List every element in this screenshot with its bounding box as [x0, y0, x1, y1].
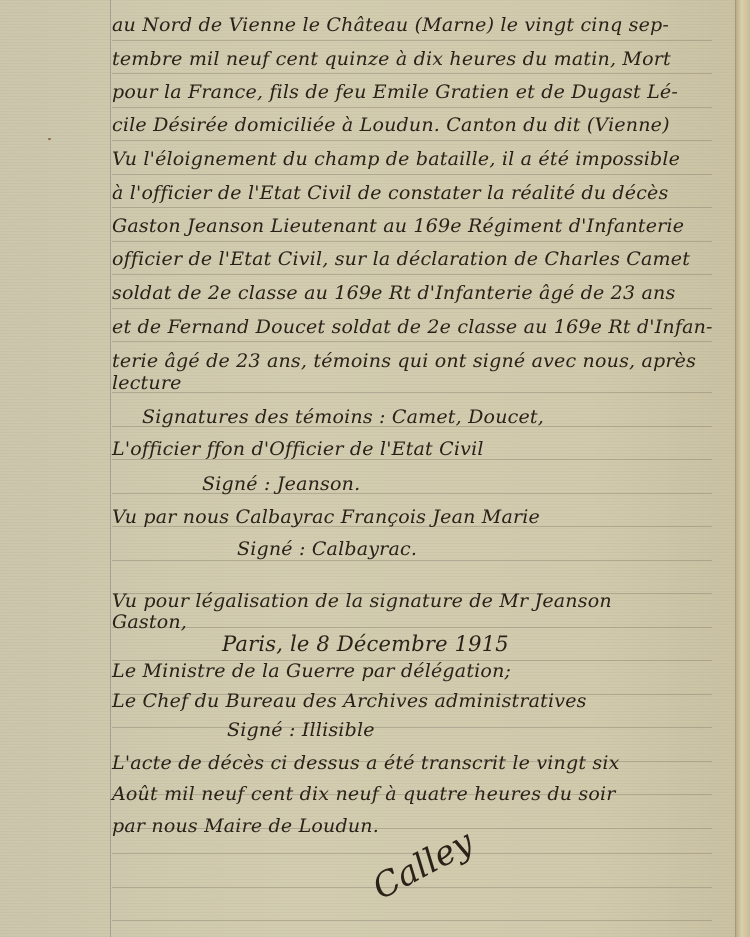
ruled-line — [112, 140, 712, 141]
ruled-line — [112, 341, 712, 342]
ruled-line — [112, 920, 712, 921]
signed-calbayrac-line: Signé : Calbayrac. — [237, 538, 417, 560]
ruled-line — [112, 40, 712, 41]
ruled-line — [112, 174, 712, 175]
text-line: par nous Maire de Loudun. — [112, 815, 379, 837]
ruled-line — [112, 627, 712, 628]
text-line: officier de l'Etat Civil, sur la déclara… — [112, 248, 690, 270]
text-line: Vu l'éloignement du champ de bataille, i… — [112, 148, 680, 170]
paper-spot — [48, 138, 51, 140]
page-edge — [735, 0, 750, 937]
text-line: Gaston, — [112, 611, 187, 633]
mayor-signature: Calley — [366, 822, 480, 908]
ruled-line — [112, 560, 712, 561]
text-line: tembre mil neuf cent quinze à dix heures… — [112, 48, 671, 70]
text-line: soldat de 2e classe au 169e Rt d'Infante… — [112, 282, 675, 304]
text-line: au Nord de Vienne le Château (Marne) le … — [112, 14, 669, 36]
ruled-line — [112, 73, 712, 74]
text-line: Le Chef du Bureau des Archives administr… — [112, 690, 587, 712]
text-line: lecture — [112, 372, 182, 394]
text-line: terie âgé de 23 ans, témoins qui ont sig… — [112, 350, 696, 372]
ruled-line — [112, 308, 712, 309]
text-line: Vu pour légalisation de la signature de … — [112, 590, 612, 612]
text-line: pour la France, fils de feu Emile Gratie… — [112, 81, 678, 103]
text-line: cile Désirée domiciliée à Loudun. Canton… — [112, 114, 670, 136]
ruled-line — [112, 727, 712, 728]
text-line: à l'officier de l'Etat Civil de constate… — [112, 182, 668, 204]
text-line: Vu par nous Calbayrac François Jean Mari… — [112, 506, 540, 528]
ruled-line — [112, 274, 712, 275]
ruled-line — [112, 107, 712, 108]
text-line: et de Fernand Doucet soldat de 2e classe… — [112, 316, 713, 338]
text-line: L'acte de décès ci dessus a été transcri… — [112, 752, 620, 774]
text-line: Gaston Jeanson Lieutenant au 169e Régime… — [112, 215, 684, 237]
document-page: au Nord de Vienne le Château (Marne) le … — [0, 0, 738, 937]
ruled-line — [112, 207, 712, 208]
text-line: Le Ministre de la Guerre par délégation; — [112, 660, 511, 682]
margin-line — [110, 0, 111, 937]
place-date-line: Paris, le 8 Décembre 1915 — [222, 632, 509, 656]
witness-signatures-line: Signatures des témoins : Camet, Doucet, — [142, 406, 544, 428]
ruled-line — [112, 241, 712, 242]
text-line: Août mil neuf cent dix neuf à quatre heu… — [112, 783, 616, 805]
signed-illegible-line: Signé : Illisible — [227, 719, 375, 741]
text-line: L'officier ffon d'Officier de l'Etat Civ… — [112, 438, 484, 460]
ruled-line — [112, 392, 712, 393]
signed-jeanson-line: Signé : Jeanson. — [202, 473, 360, 495]
